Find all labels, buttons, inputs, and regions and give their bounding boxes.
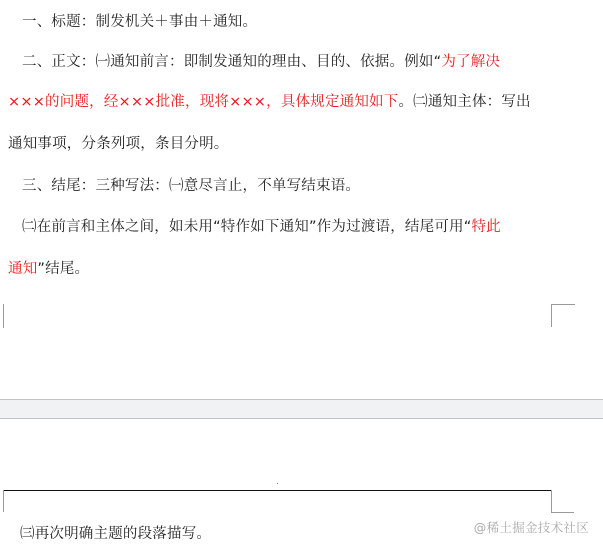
paragraph-body-end: 通知事项，分条列项，条目分明。 bbox=[8, 124, 568, 165]
paragraph-ending-section: 三、结尾：三种写法：㈠意尽言止，不单写结束语。 bbox=[0, 166, 582, 207]
highlighted-text-run: 特此 bbox=[471, 219, 500, 235]
margin-corner-mark-left bbox=[0, 304, 4, 328]
text-run: 二、正文：㈠通知前言：即制发通知的理由、目的、依据。例如“ bbox=[22, 54, 441, 70]
header-dot bbox=[277, 483, 278, 484]
paragraph-ending-option-2-continued: 通知”结尾。 bbox=[8, 249, 568, 290]
highlighted-text-run: 通知 bbox=[8, 261, 37, 277]
page-break-gap bbox=[0, 399, 603, 419]
document-page-1: 一、标题：制发机关＋事由＋通知。 二、正文：㈠通知前言：即制发通知的理由、目的、… bbox=[0, 0, 603, 399]
text-run: 通知事项，分条列项，条目分明。 bbox=[8, 136, 229, 152]
text-run: 一、标题：制发机关＋事由＋通知。 bbox=[22, 14, 257, 30]
margin-corner-mark-right bbox=[551, 304, 575, 327]
highlighted-text-run: 为了解决 bbox=[441, 54, 500, 70]
watermark: @稀土掘金技术社区 bbox=[474, 518, 589, 536]
margin-corner-mark-right-2 bbox=[551, 490, 574, 513]
paragraph-title-section: 一、标题：制发机关＋事由＋通知。 bbox=[0, 2, 582, 43]
text-run: ㈡在前言和主体之间，如未用“特作如下通知”作为过渡语，结尾可用“ bbox=[22, 219, 471, 235]
paragraph-body-continued: ×××的问题，经×××批准，现将×××，具体规定通知如下。㈡通知主体：写出 bbox=[8, 82, 568, 123]
text-run: 三、结尾：三种写法：㈠意尽言止，不单写结束语。 bbox=[22, 178, 360, 194]
text-run: ㈢再次明确主题的段落描写。 bbox=[20, 526, 211, 542]
margin-corner-mark-left-2 bbox=[3, 490, 4, 512]
paragraph-body-section: 二、正文：㈠通知前言：即制发通知的理由、目的、依据。例如“为了解决 bbox=[0, 42, 582, 83]
paragraph-ending-option-2: ㈡在前言和主体之间，如未用“特作如下通知”作为过渡语，结尾可用“特此 bbox=[0, 207, 582, 248]
highlighted-text-run: ×××的问题，经×××批准，现将×××，具体规定通知如下 bbox=[8, 94, 398, 110]
page-header-line bbox=[3, 490, 552, 491]
text-run: 。㈡通知主体：写出 bbox=[398, 94, 530, 110]
text-run: ”结尾。 bbox=[37, 261, 89, 277]
